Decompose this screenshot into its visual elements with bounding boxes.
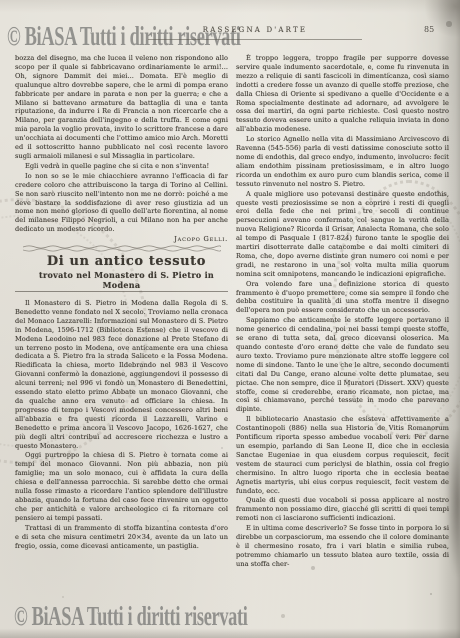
copyright-watermark-bottom: © BiASA Tutti i diritti riservati (14, 601, 248, 632)
body-paragraph: Il Monastero di S. Pietro in Modena dall… (15, 299, 228, 450)
body-paragraph: Oggi purtroppo la chiesa di S. Pietro è … (15, 451, 228, 522)
article-title-rule (15, 291, 228, 292)
scan-noise (0, 0, 2, 2)
scanned-page: © BiASA Tutti i diritti riservati RASSEG… (0, 0, 460, 638)
author-signature: Jacopo Gelli. (15, 235, 228, 244)
header-rule (148, 39, 362, 40)
right-text-column: È troppo leggera, troppo fragile per sup… (236, 54, 449, 570)
page-number: 85 (424, 25, 434, 34)
left-text-column: bozza del disegno, ma che lucea il velen… (15, 54, 228, 551)
article-subtitle: trovato nel Monastero di S. Pietro in Mo… (15, 270, 228, 290)
body-paragraph: Sappiamo che anticamente le stoffe legge… (236, 316, 449, 414)
body-paragraph: È troppo leggera, troppo fragile per sup… (236, 54, 449, 134)
divider-flourish (23, 245, 221, 252)
body-paragraph: Trattasi di un frammento di stoffa bizan… (15, 524, 228, 551)
article-title: Di un antico tessuto (15, 254, 228, 269)
journal-title: RASSEGNA D'ARTE (148, 26, 362, 34)
body-paragraph: bozza del disegno, ma che lucea il velen… (15, 54, 228, 161)
body-paragraph: A quale migliore uso potevansi destinare… (236, 190, 449, 279)
body-paragraph: Egli vedrà in quelle pagine che si cita … (15, 162, 228, 171)
body-paragraph: Lo storico Agnello nella vita di Massimi… (236, 135, 449, 188)
body-paragraph: Il bibliotecario Anastasio che esisteva … (236, 415, 449, 495)
body-paragraph: E in ultima come descriverlo? Se fosse t… (236, 524, 449, 569)
body-paragraph: Ora volendo fare una definizione storica… (236, 280, 449, 316)
body-paragraph: Io non so se le mie chiacchiere avranno … (15, 172, 228, 234)
body-paragraph: Quale di questi due vocaboli si possa ap… (236, 496, 449, 523)
